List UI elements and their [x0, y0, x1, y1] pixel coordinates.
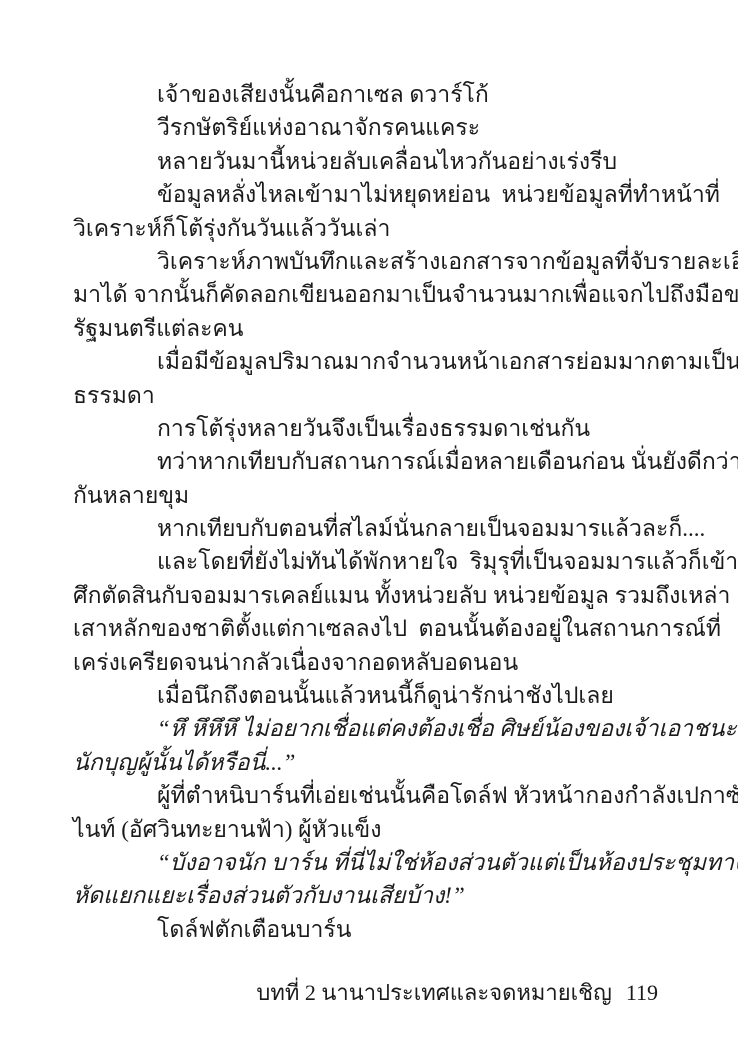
text-line: วิเคราะห์ภาพบันทึกและสร้างเอกสารจากข้อมู… [73, 245, 663, 278]
text-line: เสาหลักของชาติตั้งแต่กาเซลลงไป ตอนนั้นต้… [73, 612, 663, 645]
book-page: เจ้าของเสียงนั้นคือกาเซล ดวาร์โก้วีรกษัต… [0, 0, 738, 1051]
text-line: เจ้าของเสียงนั้นคือกาเซล ดวาร์โก้ [73, 78, 663, 111]
text-line: หากเทียบกับตอนที่สไลม์นั่นกลายเป็นจอมมาร… [73, 512, 663, 545]
text-line: ศึกตัดสินกับจอมมารเคลย์แมน ทั้งหน่วยลับ … [73, 579, 663, 612]
text-line: เมื่อมีข้อมูลปริมาณมากจำนวนหน้าเอกสารย่อ… [73, 345, 663, 378]
text-line: โดล์ฟตักเตือนบาร์น [73, 913, 663, 946]
text-line: การโต้รุ่งหลายวันจึงเป็นเรื่องธรรมดาเช่น… [73, 412, 663, 445]
footer-page-number: 119 [626, 980, 658, 1005]
text-line: “บังอาจนัก บาร์น ที่นี่ไม่ใช่ห้องส่วนตัว… [73, 846, 663, 879]
text-line: “หึ หึหึหึ ไม่อยากเชื่อแต่คงต้องเชื่อ ศิ… [73, 712, 663, 745]
text-line: วิเคราะห์ก็โต้รุ่งกันวันแล้ววันเล่า [73, 212, 663, 245]
footer-chapter-title: บทที่ 2 นานาประเทศและจดหมายเชิญ [256, 980, 611, 1005]
text-line: เคร่งเครียดจนน่ากลัวเนื่องจากอดหลับอดนอน [73, 646, 663, 679]
text-line: หลายวันมานี้หน่วยลับเคลื่อนไหวกันอย่างเร… [73, 145, 663, 178]
text-line: เมื่อนึกถึงตอนนั้นแล้วหนนี้ก็ดูน่ารักน่า… [73, 679, 663, 712]
text-line: กันหลายขุม [73, 479, 663, 512]
text-line: รัฐมนตรีแต่ละคน [73, 312, 663, 345]
text-line: นักบุญผู้นั้นได้หรือนี่...” [73, 746, 663, 779]
text-line: มาได้ จากนั้นก็คัดลอกเขียนออกมาเป็นจำนวน… [73, 278, 663, 311]
text-line: ทว่าหากเทียบกับสถานการณ์เมื่อหลายเดือนก่… [73, 445, 663, 478]
page-footer: บทที่ 2 นานาประเทศและจดหมายเชิญ119 [234, 954, 658, 1032]
page-body: เจ้าของเสียงนั้นคือกาเซล ดวาร์โก้วีรกษัต… [73, 78, 663, 946]
text-line: ข้อมูลหลั่งไหลเข้ามาไม่หยุดหย่อน หน่วยข้… [73, 178, 663, 211]
text-line: วีรกษัตริย์แห่งอาณาจักรคนแคระ [73, 111, 663, 144]
text-line: ไนท์ (อัศวินทะยานฟ้า) ผู้หัวแข็ง [73, 813, 663, 846]
text-line: และโดยที่ยังไม่ทันได้พักหายใจ ริมุรุที่เ… [73, 545, 663, 578]
text-line: ผู้ที่ตำหนิบาร์นที่เอ่ยเช่นนั้นคือโดล์ฟ … [73, 779, 663, 812]
text-line: หัดแยกแยะเรื่องส่วนตัวกับงานเสียบ้าง!” [73, 879, 663, 912]
text-line: ธรรมดา [73, 379, 663, 412]
